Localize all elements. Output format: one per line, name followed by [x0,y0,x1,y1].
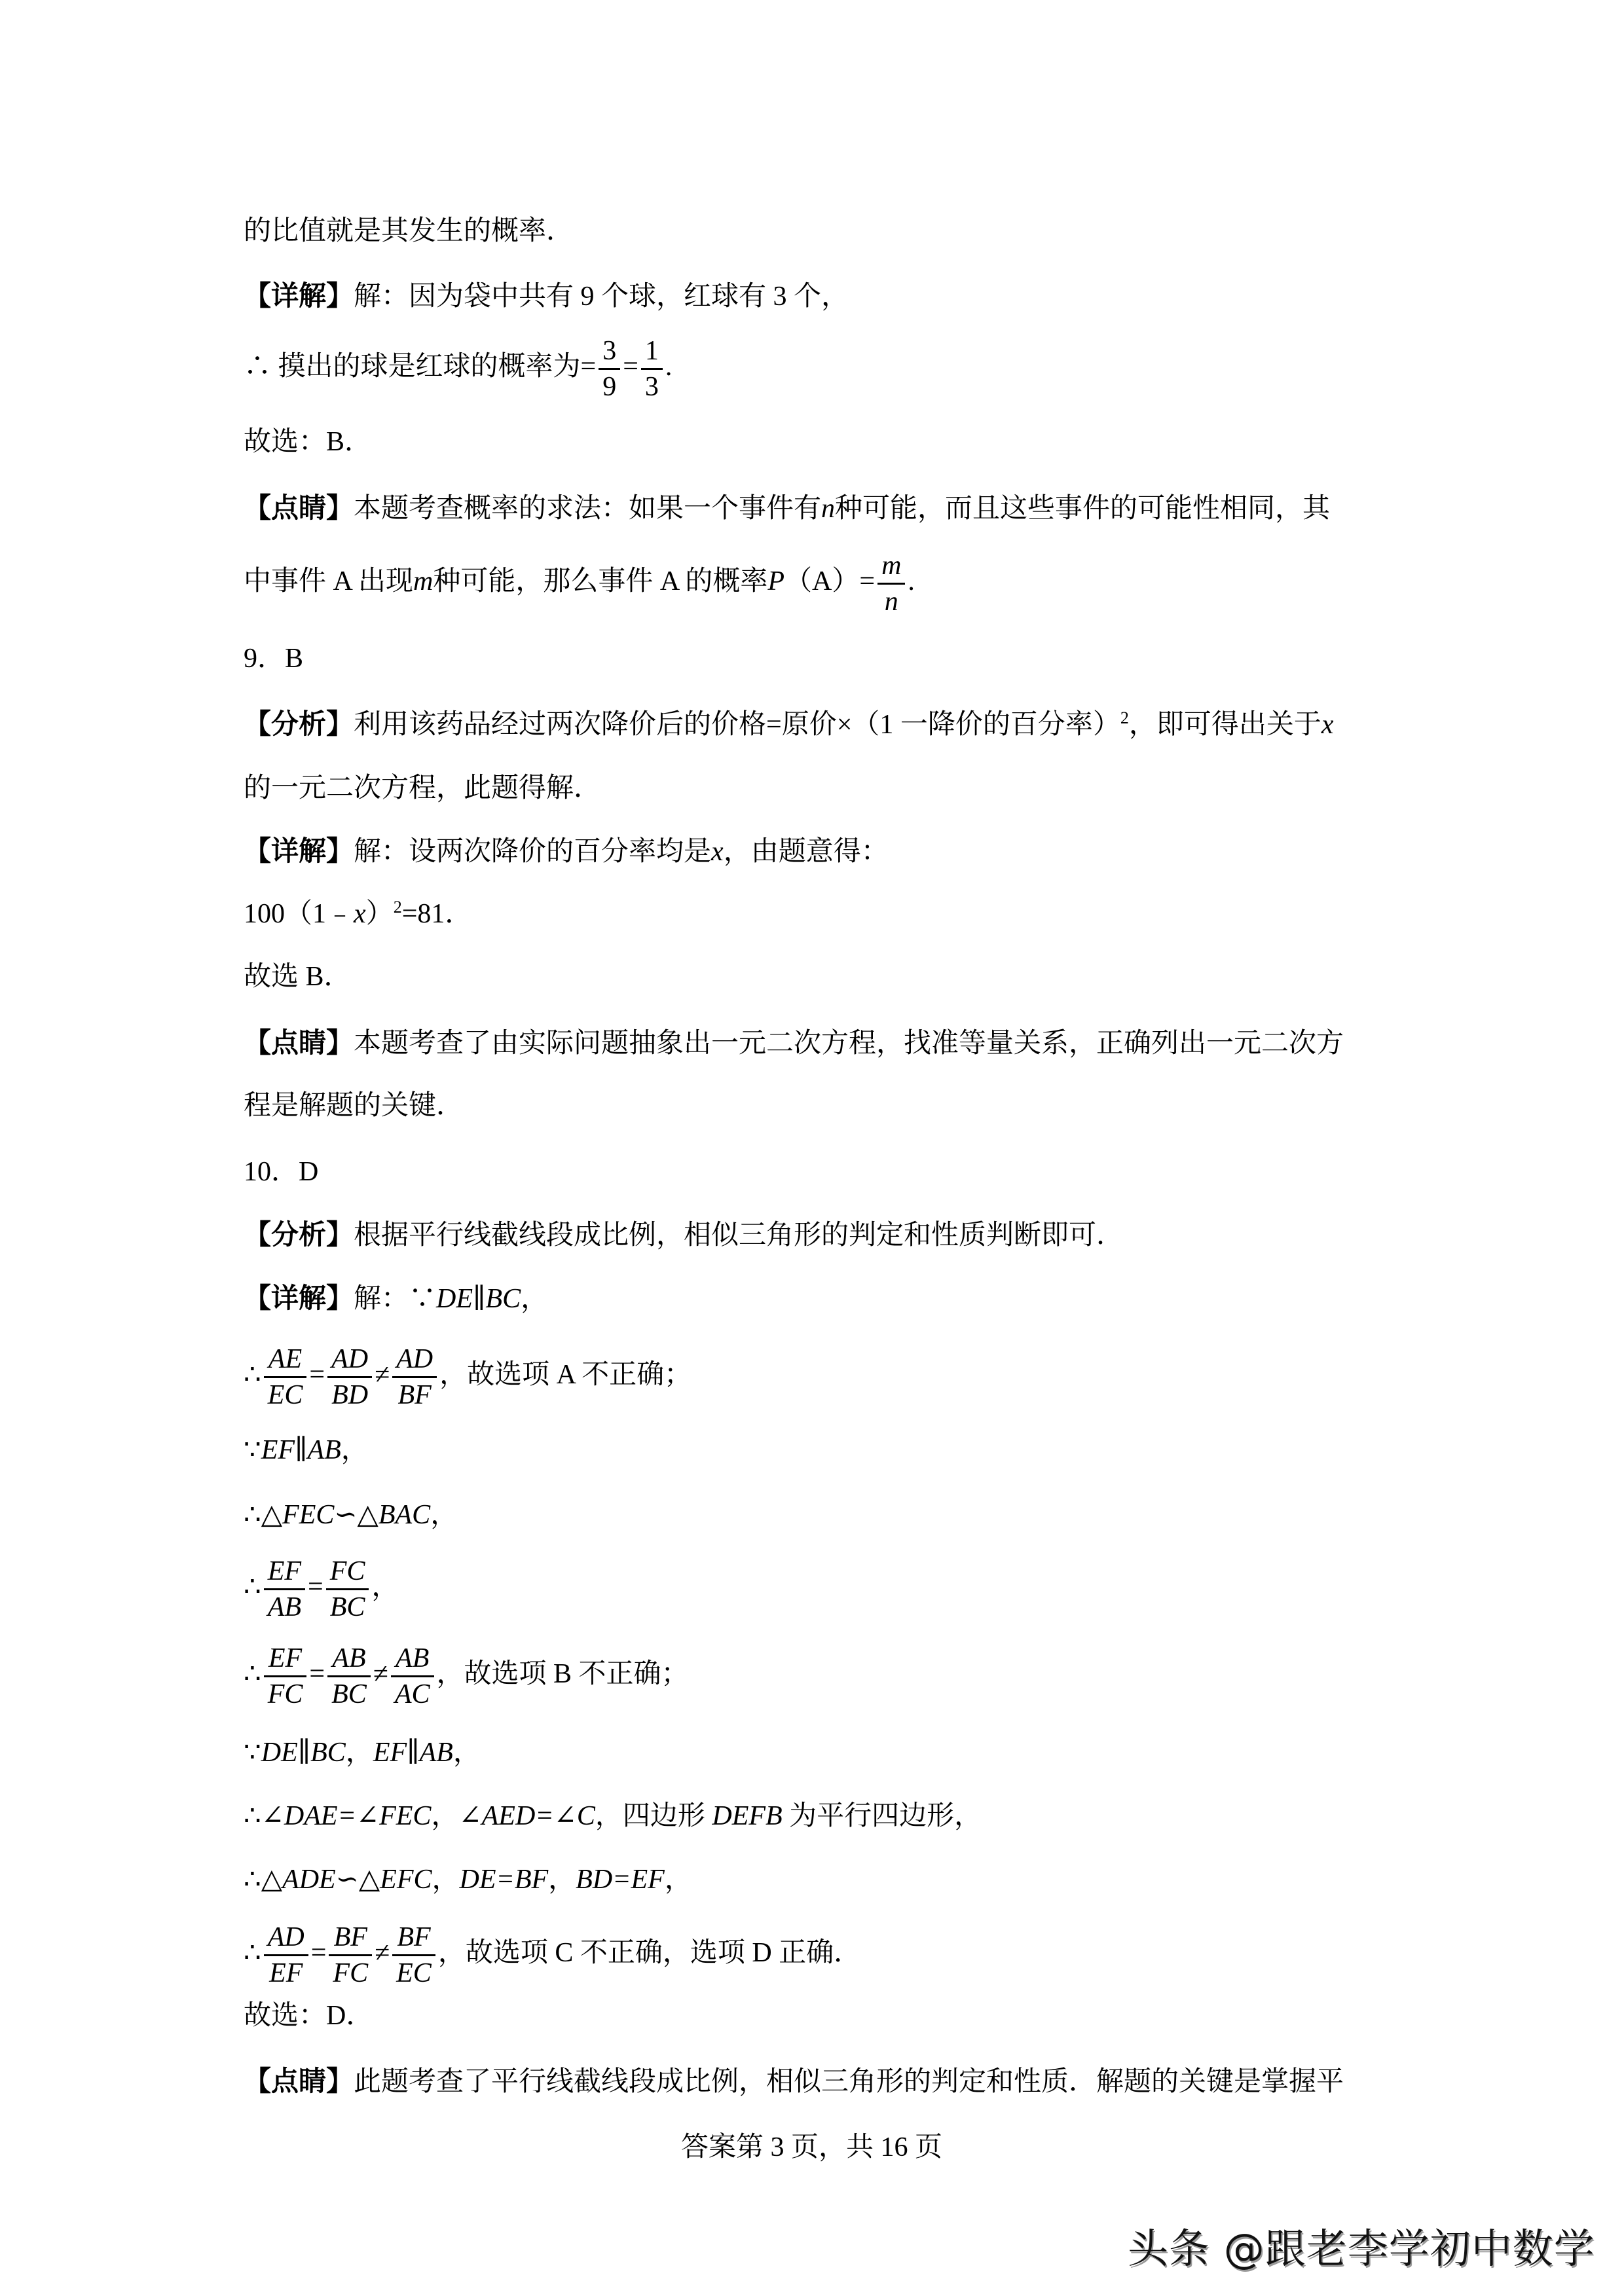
q10-point-line: 【点睛】此题考查了平行线截线段成比例，相似三角形的判定和性质．解题的关键是掌握平 [244,2066,1344,2098]
text: 本题考查概率的求法：如果一个事件有 [354,494,821,524]
q10-parallel-ef-ab: ∵EF∥AB， [244,1434,369,1467]
detail-tag: 【详解】 [244,837,354,867]
punct: ， [548,1865,576,1895]
denominator: BC [327,1677,371,1711]
text: 解：设两次降价的百分率均是 [354,837,711,867]
fraction: ABAC [391,1641,434,1711]
math-var: m [413,566,433,596]
fraction: ADBD [327,1342,372,1412]
point-tag: 【点睛】 [244,494,354,524]
text: ，故选项 B 不正确； [437,1659,689,1689]
fraction: mn [877,549,905,619]
q10-ratio-line-b: ∴EFAB=FCBC， [244,1554,399,1624]
q9-analysis-line1: 【分析】利用该药品经过两次降价后的价格=原价×（1 一降价的百分率）2，即可得出… [244,708,1334,741]
analysis-tag: 【分析】 [244,710,354,740]
math-expr: EF∥AB [373,1738,453,1768]
denominator: AB [264,1590,305,1624]
punct: ， [431,1801,458,1831]
punct: ， [346,1738,373,1768]
q8-point-line2: 中事件 A 出现m种可能，那么事件 A 的概率P（A）=mn. [244,549,915,619]
fraction: BFFC [329,1920,372,1990]
text: 解： [354,1284,409,1314]
fraction: FCBC [326,1554,369,1624]
equals: = [309,1360,325,1390]
denominator: BD [327,1378,372,1412]
denominator: FC [329,1956,372,1990]
numerator: AD [264,1920,308,1956]
punct: ， [453,1738,481,1768]
therefore-symbol: ∴ [244,1659,261,1689]
q10-choice: 故选：D． [244,1999,373,2032]
punct: ， [665,1865,692,1895]
text: ，故选项 C 不正确，选项 D 正确． [438,1938,861,1968]
equals: = [311,1938,327,1968]
denominator: BF [392,1378,437,1412]
analysis-tag: 【分析】 [244,1220,354,1250]
q8-choice: 故选：B． [244,426,372,458]
math-var: x [354,899,366,929]
denominator: EC [264,1378,307,1412]
period: . [665,352,673,382]
denominator: EF [264,1956,308,1990]
math-var: n [821,494,835,524]
text: 故选：B． [244,427,372,457]
text: 故选：D． [244,2001,373,2031]
therefore-symbol: ∴ [244,352,271,382]
text: 利用该药品经过两次降价后的价格=原价×（1 一降价的百分率） [354,710,1120,740]
q10-ratio-line-c: ∴EFFC=ABBC≠ABAC，故选项 B 不正确； [244,1641,689,1711]
fraction: ADEF [264,1920,308,1990]
therefore-symbol: ∴ [244,1360,261,1390]
numerator: AB [391,1641,434,1677]
text: 种可能，而且这些事件的可能性相同，其 [835,494,1330,524]
q8-detail-line: 【详解】解：因为袋中共有 9 个球，红球有 3 个， [244,280,849,313]
q10-detail-line: 【详解】解：∵DE∥BC， [244,1283,548,1315]
fraction: 13 [641,334,663,404]
superscript: 2 [394,898,402,917]
fraction: AEEC [264,1342,307,1412]
text: 种可能，那么事件 A 的概率 [433,566,767,596]
math-expr: DE∥BC [261,1738,346,1768]
q9-choice: 故选 B． [244,960,352,993]
numerator: FC [326,1554,369,1590]
q10-ratio-line-d: ∴ADEF=BFFC≠BFEC，故选项 C 不正确，选项 D 正确． [244,1920,861,1990]
text: 根据平行线截线段成比例，相似三角形的判定和性质判断即可． [354,1220,1124,1250]
numerator: AD [327,1342,372,1378]
text: 程是解题的关键． [244,1091,464,1121]
therefore-symbol: ∴ [244,1572,261,1602]
text: 的比值就是其发生的概率． [244,216,574,246]
therefore-symbol: ∴ [244,1801,261,1831]
text: 故选 B． [244,962,352,992]
math-expr: DE∥BC [436,1284,521,1314]
fraction: 39 [599,334,620,404]
numerator: m [877,549,905,585]
punct: ， [371,1572,399,1602]
math-expr: △FEC∽△BAC [261,1500,430,1530]
answer-heading: 10．D [244,1157,318,1187]
detail-tag: 【详解】 [244,282,354,312]
answer-heading: 9．B [244,644,303,674]
math-var: x [711,837,724,867]
text: 中事件 A 出现 [244,566,413,596]
fraction: ADBF [392,1342,437,1412]
denominator: 3 [641,370,663,404]
not-equals: ≠ [375,1360,390,1390]
punct: ， [341,1435,369,1465]
math-expr: ∠DAE=∠FEC [261,1801,432,1831]
math-expr: BD=EF [576,1865,665,1895]
q10-parallel-both: ∵DE∥BC，EF∥AB， [244,1736,481,1769]
because-symbol: ∵ [244,1435,261,1465]
therefore-symbol: ∴ [244,1500,261,1530]
text: 摸出的球是红球的概率为 [278,352,581,382]
text: （A） [784,566,859,596]
q10-similar-ade-efc: ∴△ADE∽△EFC，DE=BF，BD=EF， [244,1863,692,1896]
equals: = [309,1659,325,1689]
text: ，由题意得： [724,837,889,867]
math-var: P [767,566,784,596]
numerator: AE [264,1342,307,1378]
text: 本题考查了由实际问题抽象出一元二次方程，找准等量关系，正确列出一元二次方 [354,1029,1344,1059]
denominator: AC [391,1677,434,1711]
q10-angles-line: ∴∠DAE=∠FEC，∠AED=∠C，四边形 DEFB 为平行四边形， [244,1800,982,1832]
point-tag: 【点睛】 [244,2067,354,2097]
punct: ， [521,1284,548,1314]
text: ，即可得出关于 [1129,710,1321,740]
not-equals: ≠ [375,1938,390,1968]
text: =81． [402,899,473,929]
denominator: n [877,585,905,619]
page-footer: 答案第 3 页，共 16 页 [681,2131,942,2164]
math-expr: △ADE∽△EFC [261,1865,432,1895]
therefore-symbol: ∴ [244,1938,261,1968]
math-expr: DE=BF [460,1865,549,1895]
numerator: AD [392,1342,437,1378]
equals: = [308,1572,323,1602]
text: 此题考查了平行线截线段成比例，相似三角形的判定和性质．解题的关键是掌握平 [354,2067,1344,2097]
q10-analysis-line: 【分析】根据平行线截线段成比例，相似三角形的判定和性质判断即可． [244,1219,1124,1252]
q10-heading: 10．D [244,1156,318,1188]
period: . [908,566,915,596]
numerator: EF [264,1554,305,1590]
text: 为平行四边形， [783,1801,982,1831]
q9-detail-line: 【详解】解：设两次降价的百分率均是x，由题意得： [244,835,889,868]
equals: = [623,352,638,382]
denominator: EC [392,1956,435,1990]
numerator: BF [329,1920,372,1956]
superscript: 2 [1120,708,1129,727]
numerator: 3 [599,334,620,370]
q10-ratio-line-a: ∴AEEC=ADBD≠ADBF，故选项 A 不正确； [244,1342,692,1412]
denominator: FC [264,1677,307,1711]
q8-point-line1: 【点睛】本题考查概率的求法：如果一个事件有n种可能，而且这些事件的可能性相同，其 [244,492,1330,525]
watermark: 头条 @跟老李学初中数学 [1128,2223,1595,2275]
text: ，四边形 [595,1801,712,1831]
because-symbol: ∵ [409,1284,436,1314]
text: ） [366,899,394,929]
punct: ， [432,1865,460,1895]
q8-probability-line: ∴ 摸出的球是红球的概率为=39=13. [244,334,672,404]
math-var: x [1321,710,1334,740]
equals: = [859,566,875,596]
text: ，故选项 A 不正确； [439,1360,692,1390]
q9-equation: 100（1﹣x）2=81． [244,898,472,930]
because-symbol: ∵ [244,1738,261,1768]
punct: ， [430,1500,458,1530]
fraction: ABBC [327,1641,371,1711]
q9-point-line2: 程是解题的关键． [244,1089,464,1122]
denominator: 9 [599,370,620,404]
fraction: EFFC [264,1641,307,1711]
detail-tag: 【详解】 [244,1284,354,1314]
equals: = [581,352,597,382]
math-expr: ∠AED=∠C [458,1801,595,1831]
fraction: BFEC [392,1920,435,1990]
math-expr: EF∥AB [261,1435,341,1465]
denominator: BC [326,1590,369,1624]
detail-text: 解：因为袋中共有 9 个球，红球有 3 个， [354,282,849,312]
point-tag: 【点睛】 [244,1029,354,1059]
numerator: AB [327,1641,371,1677]
q8-conclusion-line: 的比值就是其发生的概率． [244,215,574,247]
q10-similar-fec-bac: ∴△FEC∽△BAC， [244,1499,458,1531]
numerator: BF [392,1920,435,1956]
fraction: EFAB [264,1554,305,1624]
numerator: 1 [641,334,663,370]
not-equals: ≠ [373,1659,388,1689]
numerator: EF [264,1641,307,1677]
q9-heading: 9．B [244,642,303,675]
q9-point-line1: 【点睛】本题考查了由实际问题抽象出一元二次方程，找准等量关系，正确列出一元二次方 [244,1027,1344,1060]
therefore-symbol: ∴ [244,1865,261,1895]
q9-analysis-line2: 的一元二次方程，此题得解． [244,772,601,805]
text: 的一元二次方程，此题得解． [244,773,601,803]
math-expr: DEFB [712,1801,782,1831]
text: 100（1﹣ [244,899,354,929]
